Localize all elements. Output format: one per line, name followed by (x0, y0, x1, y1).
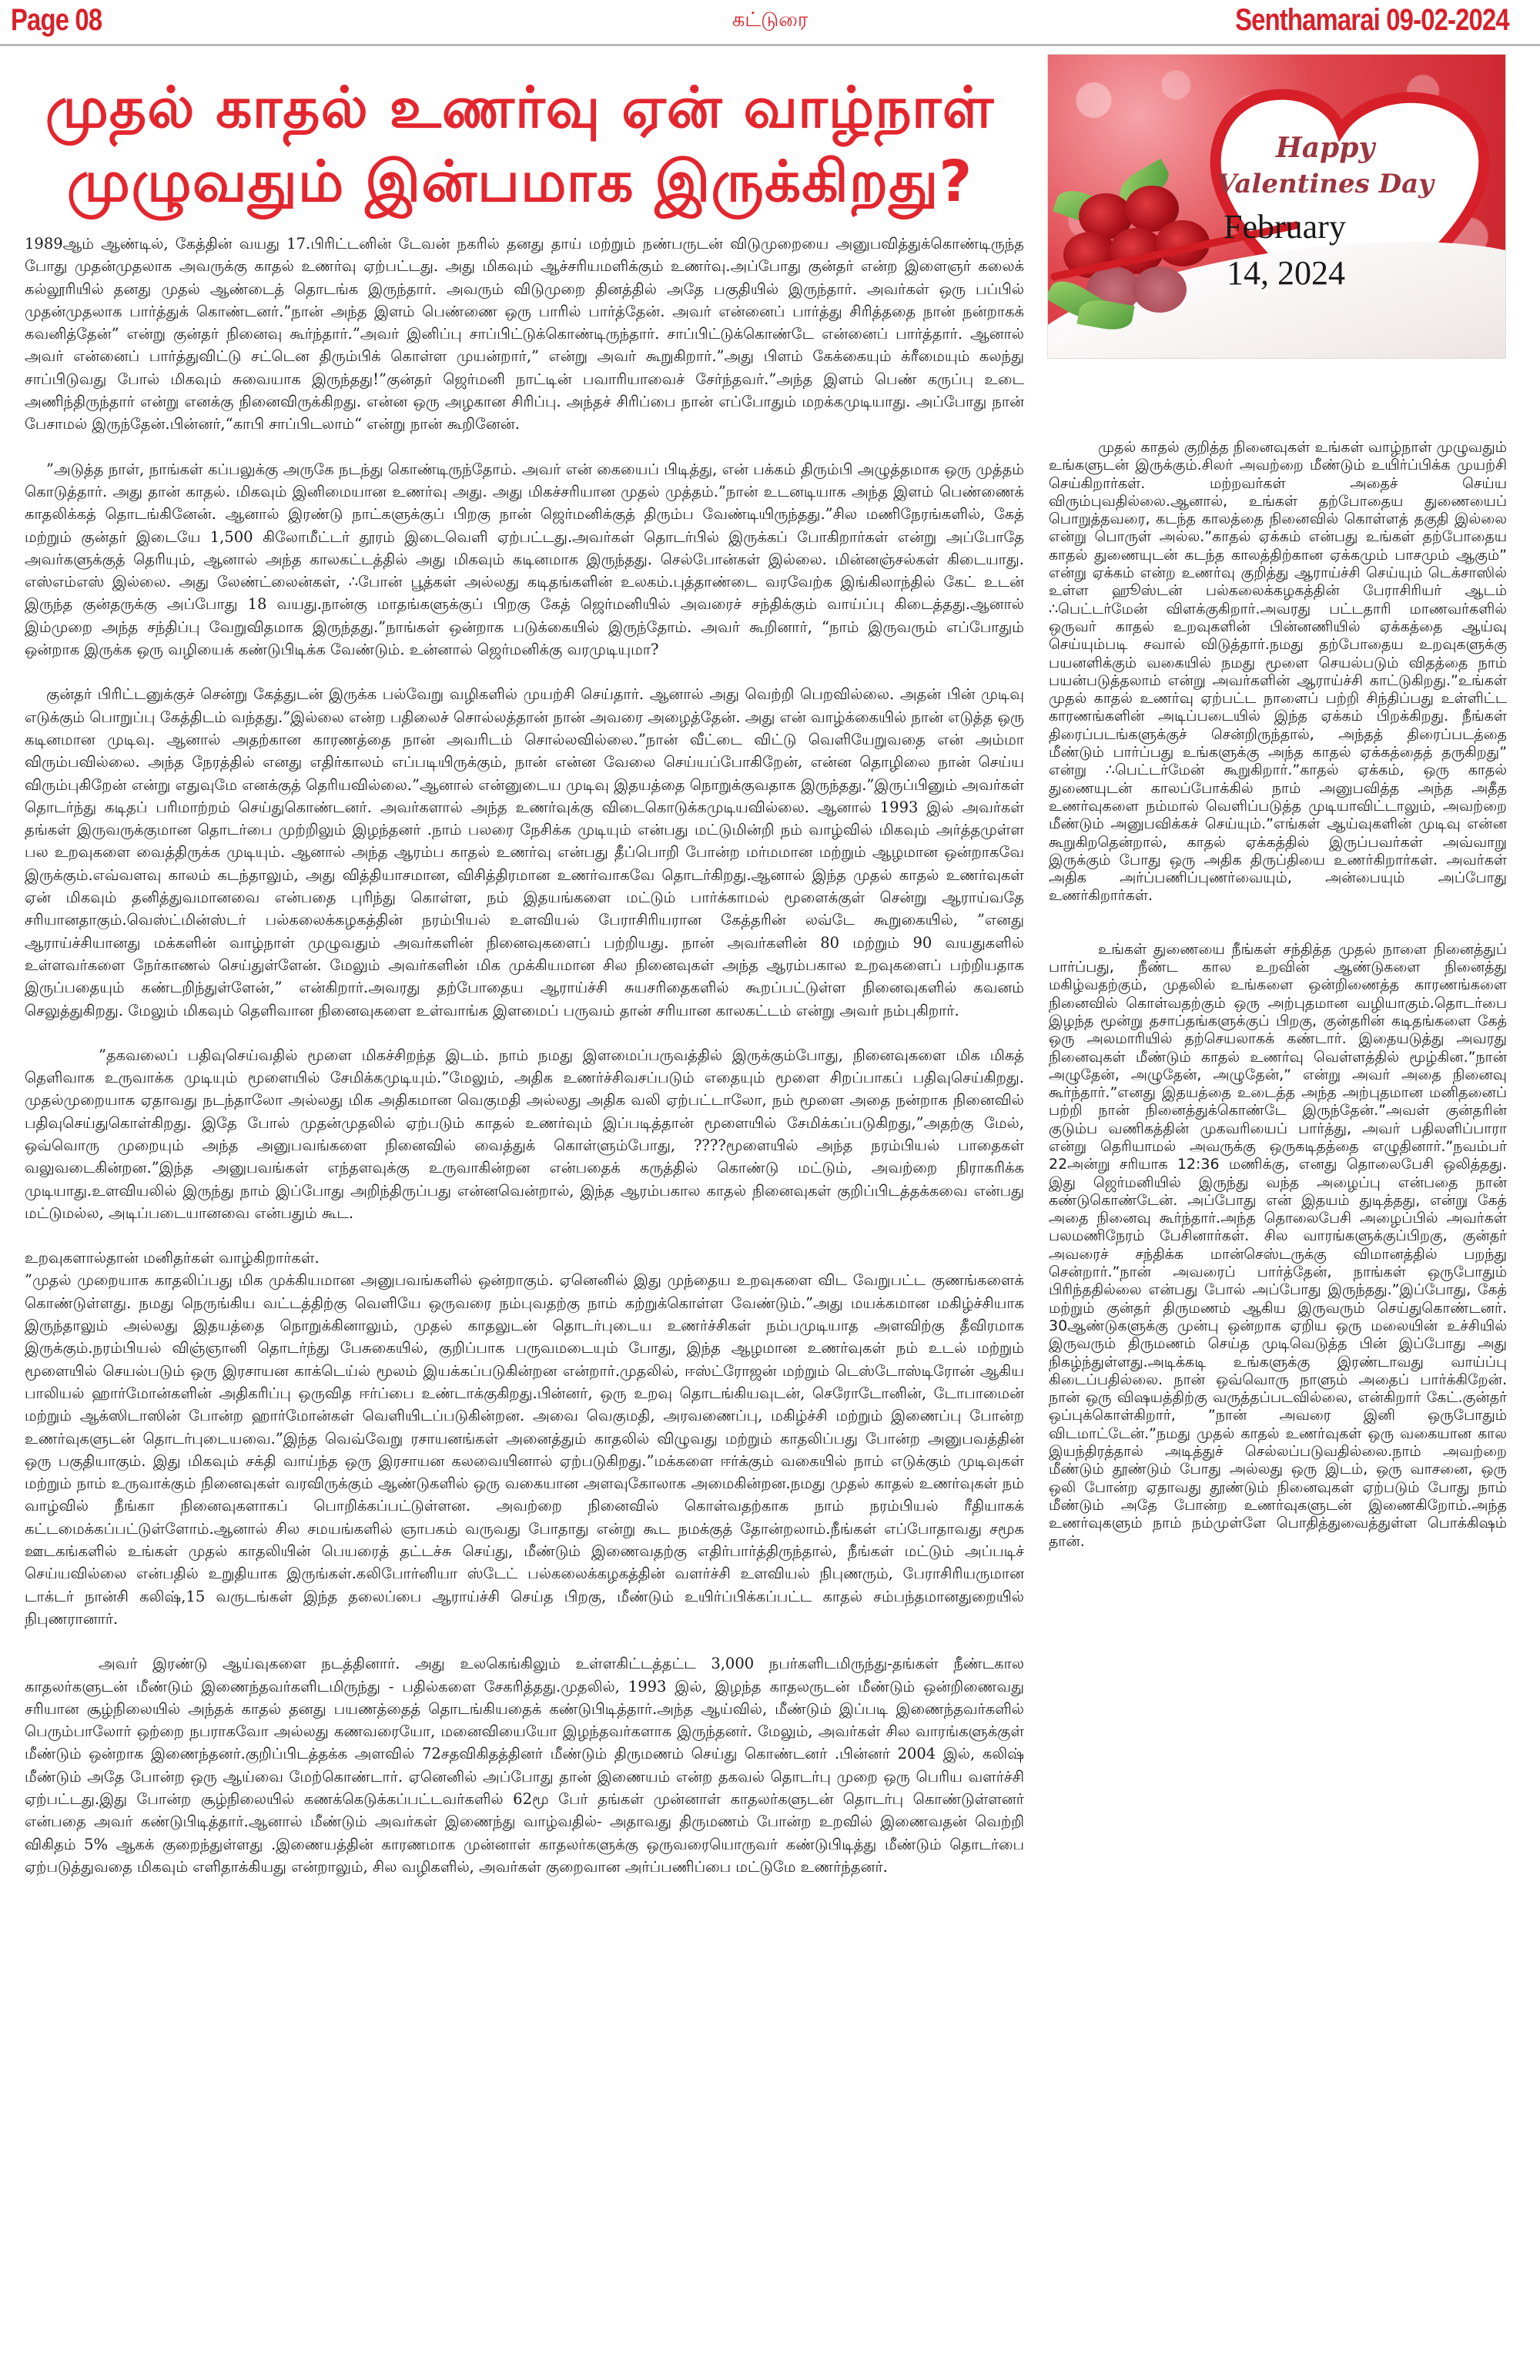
page-header: Page 08 கட்டுரை Senthamarai 09-02-2024 (0, 0, 1540, 46)
article-paragraph: 1989ஆம் ஆண்டில், கேத்தின் வயது 17.பிரிட்… (25, 233, 1024, 436)
headline-line-2: முழுவதும் இன்பமாக இருக்கிறது? (8, 145, 1032, 219)
publication-date: Senthamarai 09-02-2024 (1235, 3, 1509, 38)
article-headline: முதல் காதல் உணர்வு ஏன் வாழ்நாள் முழுவதும… (8, 71, 1032, 219)
valentines-day-image: Happy Valentines Day February 14, 2024 (1047, 54, 1506, 359)
side-paragraph: முதல் காதல் குறித்த நினைவுகள் உங்கள் வாழ… (1049, 439, 1507, 905)
article-paragraph: அவர் இரண்டு ஆய்வுகளை நடத்தினார். அது உலக… (25, 1652, 1024, 1878)
image-caption-month: February (1224, 207, 1378, 246)
image-caption-happy: Happy (1140, 132, 1506, 164)
image-caption-valentines: Valentines Day (1140, 169, 1506, 199)
article-paragraph: ”தகவலைப் பதிவுசெய்வதில் மூளை மிகச்சிறந்த… (25, 1044, 1024, 1224)
main-article-body: 1989ஆம் ஆண்டில், கேத்தின் வயது 17.பிரிட்… (25, 233, 1024, 1900)
article-paragraph: ”அடுத்த நாள், நாங்கள் கப்பலுக்கு அருகே ந… (25, 458, 1024, 661)
article-paragraph: ”முதல் முறையாக காதலிப்பது மிக முக்கியமான… (25, 1269, 1024, 1630)
side-paragraph: உங்கள் துணையை நீங்கள் சந்தித்த முதல் நாள… (1049, 941, 1507, 1551)
article-paragraph: குன்தர் பிரிட்டனுக்குச் சென்று கேத்துடன்… (25, 683, 1024, 1021)
headline-line-1: முதல் காதல் உணர்வு ஏன் வாழ்நாள் (8, 71, 1032, 145)
article-subheading: உறவுகளால்தான் மனிதர்கள் வாழ்கிறார்கள். (25, 1247, 1024, 1269)
sidebar-column: Happy Valentines Day February 14, 2024 ம… (1049, 54, 1511, 1586)
side-article-body: முதல் காதல் குறித்த நினைவுகள் உங்கள் வாழ… (1049, 439, 1507, 1551)
image-caption-date: 14, 2024 (1227, 253, 1381, 293)
